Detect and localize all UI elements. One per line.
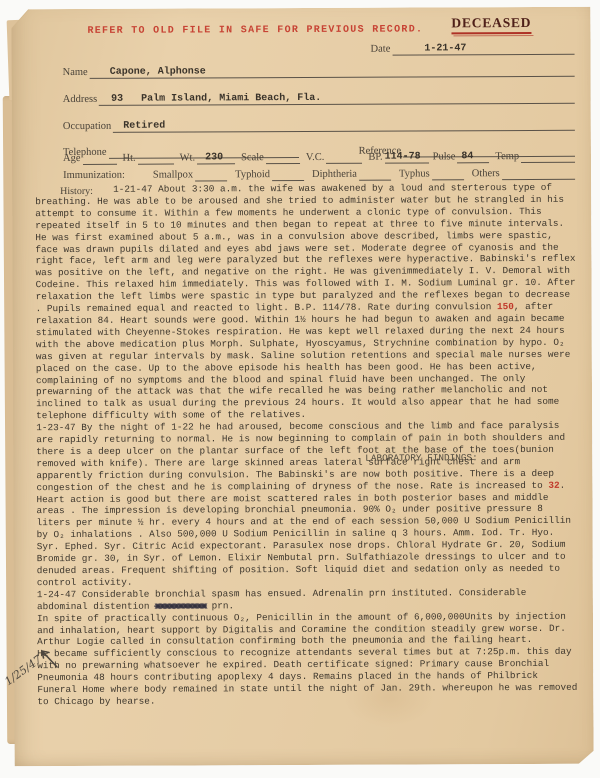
height-line xyxy=(138,150,174,165)
name-line: Capone, Alphonse xyxy=(90,62,575,79)
address-row: Address 93 Palm Island, Miami Beach, Fla… xyxy=(63,90,575,106)
temperature-line xyxy=(521,148,575,163)
scale-line xyxy=(266,149,300,164)
occupation-value: Retired xyxy=(113,121,165,133)
history-text: In spite of practically continuous O₂, P… xyxy=(37,610,566,647)
history-paragraph: He became sufficiently conscious to reco… xyxy=(37,646,578,708)
vital-capacity-label: V.C. xyxy=(306,151,327,164)
laboratory-findings-overstrike: LABORATORY FINDINGS: xyxy=(365,452,478,464)
pulse-label: Pulse xyxy=(433,150,458,163)
address-value: 93 Palm Island, Miami Beach, Fla. xyxy=(99,93,321,106)
weight-label: Wt. xyxy=(180,151,198,164)
history-text: prn. xyxy=(206,600,234,611)
others-label: Others xyxy=(472,167,502,180)
occupation-label: Occupation xyxy=(63,120,113,133)
smallpox-label: Smallpox xyxy=(153,168,195,181)
history-text: He became sufficiently conscious to reco… xyxy=(37,646,577,707)
redacted-word: xxxxxxxxxxx xyxy=(155,600,206,611)
history-paragraph: 1-24-47 Considerable bronchial spasm has… xyxy=(37,587,578,613)
vital-capacity-line xyxy=(326,149,362,164)
history-paragraph: 1-21-47 About 3:30 a.m. the wife was awa… xyxy=(35,182,577,422)
history-paragraph: In spite of practically continuous O₂, P… xyxy=(37,610,578,648)
pulse-line: 84 xyxy=(457,148,489,163)
name-value: Capone, Alphonse xyxy=(90,66,206,79)
scanned-medical-record: REFER TO OLD FILE IN SAFE FOR PREVIOUS R… xyxy=(0,0,600,778)
address-line: 93 Palm Island, Miami Beach, Fla. xyxy=(99,89,575,106)
pulse-value: 84 xyxy=(457,151,473,163)
scale-label: Scale xyxy=(241,151,266,164)
diphtheria-line xyxy=(359,166,391,181)
history-text: 1-24-47 Considerable bronchial spasm has… xyxy=(37,587,527,612)
history-text: . Heart action is good but there are moi… xyxy=(36,480,571,589)
typhoid-label: Typhoid xyxy=(235,168,272,181)
height-label: Ht. xyxy=(122,152,137,165)
date-label: Date xyxy=(371,43,393,56)
address-label: Address xyxy=(63,93,99,106)
temperature-label: Temp xyxy=(495,150,521,163)
history-text: 1-21-47 About 3:30 a.m. the wife was awa… xyxy=(35,182,576,314)
age-line xyxy=(82,150,116,165)
name-label: Name xyxy=(63,66,90,79)
record-card: REFER TO OLD FILE IN SAFE FOR PREVIOUS R… xyxy=(11,7,593,767)
age-label: Age xyxy=(63,152,83,165)
red-ink-value: 150 xyxy=(497,301,514,312)
history-paragraph: 1-23-47 By the night of 1-22 he had arou… xyxy=(36,420,578,589)
immunization-label: Immunization: xyxy=(63,169,127,182)
history-text: , after relaxation 84. Heart sounds were… xyxy=(36,301,571,421)
overtyped-text: surface right chest andLABORATORY FINDIN… xyxy=(368,456,497,468)
occupation-line: Retired xyxy=(113,116,575,133)
history-paragraphs: 1-21-47 About 3:30 a.m. the wife was awa… xyxy=(35,182,578,708)
smallpox-line xyxy=(195,166,227,181)
weight-line: 230 xyxy=(197,149,235,164)
blood-pressure-value: 114-78 xyxy=(385,151,421,163)
diphtheria-label: Diphtheria xyxy=(312,168,359,181)
vitals-row: Age Ht. Wt. 230 Scale V.C. BP. 114-78 Pu… xyxy=(63,149,575,165)
typhoid-line xyxy=(272,166,304,181)
weight-value: 230 xyxy=(197,152,223,164)
immunization-row: Immunization: Smallpox Typhoid Diphtheri… xyxy=(63,166,575,182)
blood-pressure-line: 114-78 xyxy=(385,148,429,163)
red-ink-value: 32 xyxy=(548,480,559,491)
typhus-label: Typhus xyxy=(399,167,432,180)
name-row: Name Capone, Alphonse xyxy=(63,63,575,79)
others-line xyxy=(502,165,575,180)
deceased-stamp: DECEASED xyxy=(451,15,531,34)
refer-to-old-file-note: REFER TO OLD FILE IN SAFE FOR PREVIOUS R… xyxy=(87,24,423,36)
date-row: Date 1-21-47 xyxy=(370,41,574,56)
blood-pressure-label: BP. xyxy=(368,151,384,164)
date-value: 1-21-47 xyxy=(392,43,466,55)
occupation-row: Occupation Retired xyxy=(63,117,575,133)
typhus-line xyxy=(432,165,464,180)
date-line: 1-21-47 xyxy=(392,40,574,56)
margin-arrow-icon xyxy=(36,646,60,670)
